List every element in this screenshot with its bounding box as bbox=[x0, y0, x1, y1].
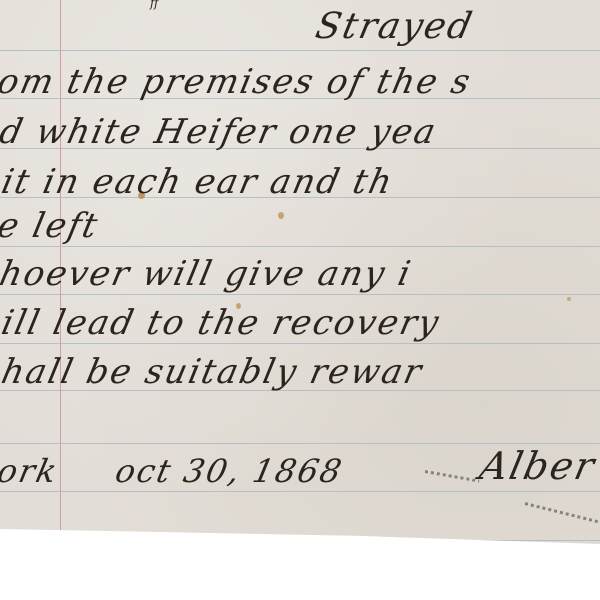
ink-smudge bbox=[425, 470, 480, 483]
document-title: Strayed bbox=[312, 6, 477, 47]
place-text: ork bbox=[0, 452, 62, 490]
text-line: d white Heifer one yea bbox=[0, 112, 441, 152]
text-line: om the premises of the s bbox=[0, 62, 475, 102]
ink-smudge bbox=[525, 502, 598, 523]
ruled-line bbox=[0, 491, 600, 492]
text-line: it in each ear and th bbox=[0, 162, 397, 202]
signature: Alber bbox=[476, 444, 600, 488]
text-line: hoever will give any i bbox=[0, 254, 416, 294]
ruled-line bbox=[0, 343, 600, 344]
text-fragment: ff bbox=[150, 0, 159, 10]
ink-stain bbox=[567, 297, 571, 301]
ruled-line bbox=[0, 246, 600, 247]
ruled-line bbox=[0, 50, 600, 51]
text-line: hall be suitably rewar bbox=[0, 352, 427, 392]
ruled-line bbox=[0, 294, 600, 295]
text-line: ill lead to the recovery bbox=[0, 303, 444, 343]
text-line: e left bbox=[0, 206, 103, 246]
ink-stain bbox=[278, 212, 284, 219]
ruled-paper: ff Strayed om the premises of the s d wh… bbox=[0, 0, 600, 580]
ruled-line bbox=[0, 540, 600, 541]
date-text: oct 30, 1868 bbox=[112, 452, 347, 490]
